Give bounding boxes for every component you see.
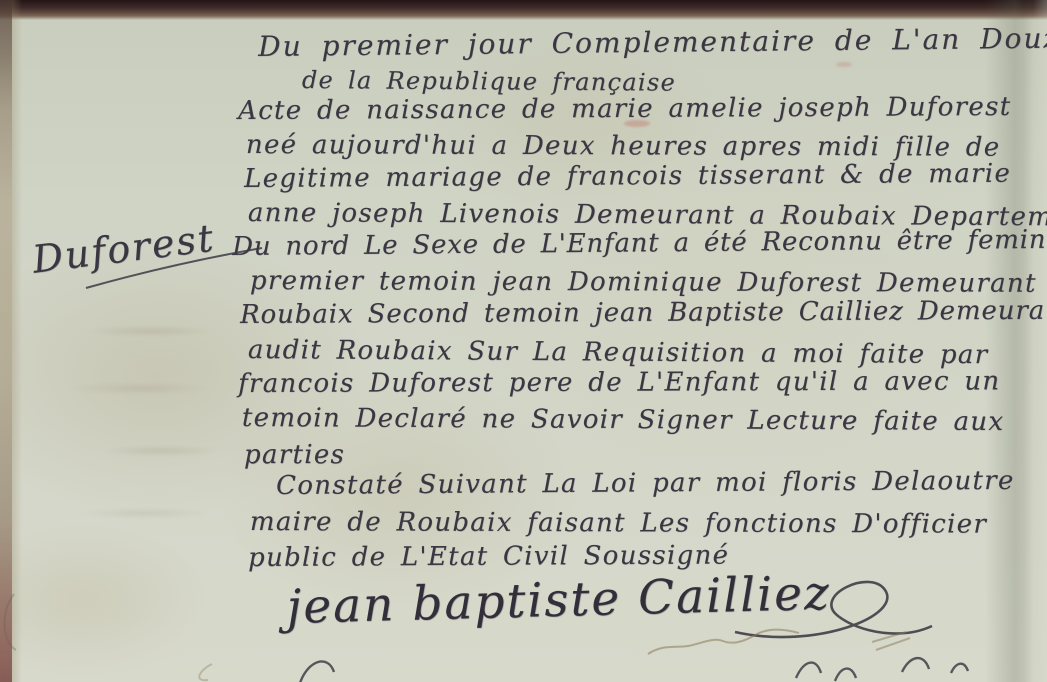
- faint-annotation-scribble: [872, 632, 910, 650]
- record-line-15: maire de Roubaix faisant Les fonctions D…: [250, 507, 987, 540]
- cut-off-next-line-strokes: [796, 663, 856, 681]
- record-line-5: Legitime mariage de francois tisserant &…: [244, 159, 1011, 194]
- manuscript-page: Duforest Du premier jour Complementaire …: [0, 0, 1047, 682]
- record-line-13: parties: [244, 440, 345, 470]
- record-line-3: Acte de naissance de marie amelie joseph…: [238, 92, 1012, 126]
- faint-stroke: [199, 664, 212, 680]
- page-top-binding-edge: [0, 0, 1047, 20]
- cut-off-next-line-strokes: [902, 658, 968, 673]
- record-line-7: Du nord Le Sexe de L'Enfant a été Reconn…: [232, 225, 1047, 262]
- record-line-4: neé aujourd'hui a Deux heures apres midi…: [246, 130, 1001, 163]
- record-line-8: premier temoin jean Dominique Duforest D…: [250, 266, 1047, 299]
- ink-stain: [836, 62, 852, 67]
- witness-signature: jean baptiste Cailliez: [286, 566, 831, 635]
- record-line-11: francois Duforest pere de L'Enfant qu'il…: [238, 366, 1000, 399]
- cut-off-next-line-strokes: [300, 661, 334, 682]
- record-line-14: Constaté Suivant La Loi par moi floris D…: [276, 466, 1015, 501]
- page-left-edge-shadow: [12, 0, 22, 682]
- record-line-12: temoin Declaré ne Savoir Signer Lecture …: [242, 403, 1005, 437]
- page-left-edge: [0, 0, 12, 682]
- reverse-side-show-through: [40, 300, 260, 560]
- record-line-9: Roubaix Second temoin jean Baptiste Cail…: [240, 296, 1047, 330]
- margin-surname-note: Duforest: [30, 216, 217, 282]
- record-line-2: de la Republique française: [302, 66, 676, 97]
- faint-annotation-scribble: [648, 630, 799, 655]
- record-line-16: public de L'Etat Civil Soussigné: [248, 540, 729, 573]
- record-line-1: Du premier jour Complementaire de L'an D…: [258, 21, 1047, 63]
- record-line-10: audit Roubaix Sur La Requisition a moi f…: [248, 335, 989, 370]
